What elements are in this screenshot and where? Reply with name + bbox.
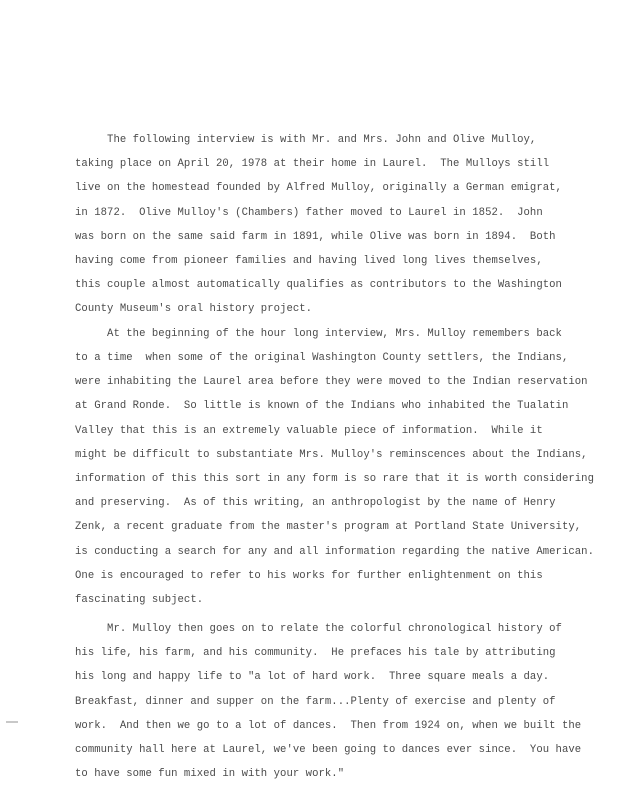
p2-line-8: and preserving. As of this writing, an a… (75, 496, 556, 510)
p3-line-7: to have some fun mixed in with your work… (75, 767, 344, 781)
stray-mark (6, 721, 18, 723)
p1-line-1: The following interview is with Mr. and … (75, 133, 536, 147)
p2-line-12: fascinating subject. (75, 593, 203, 607)
p3-line-2: his life, his farm, and his community. H… (75, 646, 556, 660)
p3-line-5: work. And then we go to a lot of dances.… (75, 719, 581, 733)
p2-line-5: Valley that this is an extremely valuabl… (75, 424, 543, 438)
p2-line-3: were inhabiting the Laurel area before t… (75, 375, 588, 389)
p3-line-4: Breakfast, dinner and supper on the farm… (75, 695, 556, 709)
p2-line-6: might be difficult to substantiate Mrs. … (75, 448, 588, 462)
p2-line-10: is conducting a search for any and all i… (75, 545, 594, 559)
p2-line-2: to a time when some of the original Wash… (75, 351, 568, 365)
p1-line-3: live on the homestead founded by Alfred … (75, 181, 562, 195)
p2-line-4: at Grand Ronde. So little is known of th… (75, 399, 568, 413)
p3-line-1: Mr. Mulloy then goes on to relate the co… (75, 622, 562, 636)
p1-line-5: was born on the same said farm in 1891, … (75, 230, 556, 244)
p3-line-6: community hall here at Laurel, we've bee… (75, 743, 581, 757)
p1-line-7: this couple almost automatically qualifi… (75, 278, 562, 292)
p2-line-11: One is encouraged to refer to his works … (75, 569, 543, 583)
p1-line-8: County Museum's oral history project. (75, 302, 312, 316)
p2-line-1: At the beginning of the hour long interv… (75, 327, 562, 341)
p1-line-2: taking place on April 20, 1978 at their … (75, 157, 549, 171)
p1-line-6: having come from pioneer families and ha… (75, 254, 543, 268)
p3-line-3: his long and happy life to "a lot of har… (75, 670, 549, 684)
p2-line-7: information of this this sort in any for… (75, 472, 594, 486)
p2-line-9: Zenk, a recent graduate from the master'… (75, 520, 581, 534)
p1-line-4: in 1872. Olive Mulloy's (Chambers) fathe… (75, 206, 543, 220)
